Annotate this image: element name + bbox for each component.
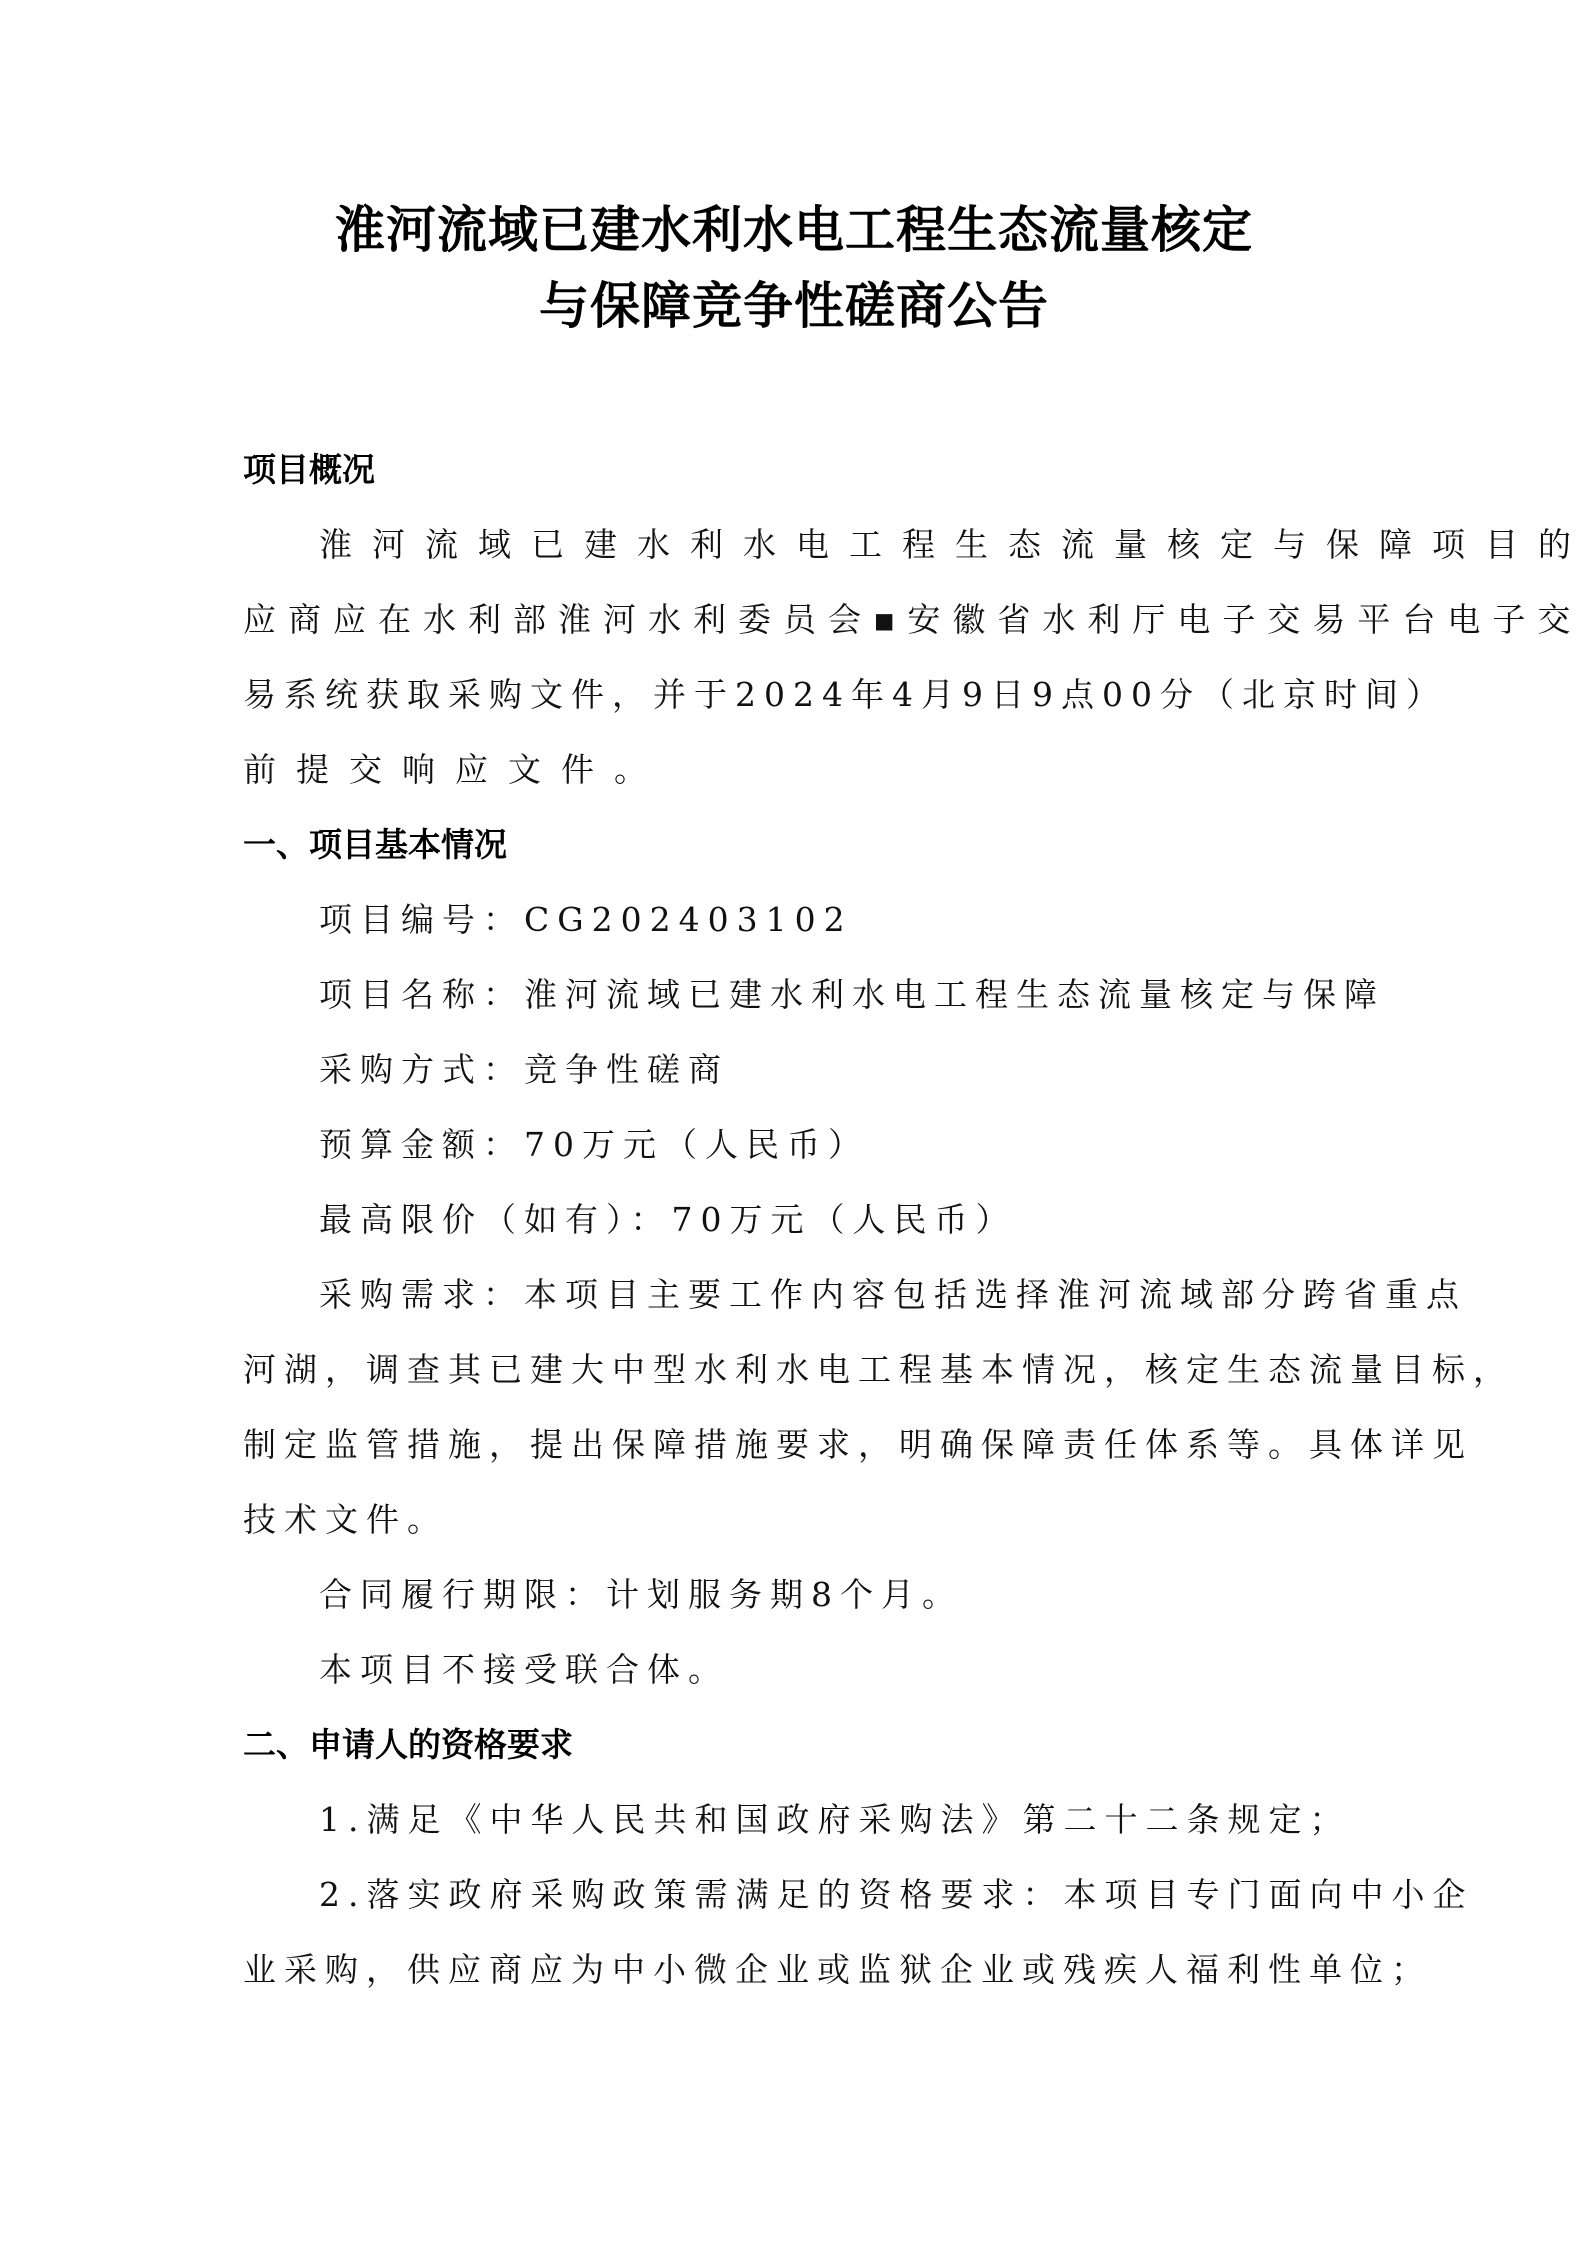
document-body: 项目概况 淮河流域已建水利水电工程生态流量核定与保障项目的潜在供 应商应在水利部… xyxy=(243,432,1345,2007)
requirements-line-2: 河湖，调查其已建大中型水利水电工程基本情况，核定生态流量目标， xyxy=(243,1332,1345,1407)
overview-line-4: 前提交响应文件。 xyxy=(243,732,1345,807)
title-line-1: 淮河流域已建水利水电工程生态流量核定 xyxy=(243,192,1345,268)
project-name: 项目名称：淮河流域已建水利水电工程生态流量核定与保障 xyxy=(243,957,1345,1032)
requirements-line-4: 技术文件。 xyxy=(243,1482,1345,1557)
project-number: 项目编号：CG202403102 xyxy=(243,882,1345,957)
overview-line-2: 应商应在水利部淮河水利委员会▪安徽省水利厅电子交易平台电子交 xyxy=(243,582,1345,657)
requirements-line-1: 采购需求：本项目主要工作内容包括选择淮河流域部分跨省重点 xyxy=(243,1257,1345,1332)
document-title: 淮河流域已建水利水电工程生态流量核定 与保障竞争性磋商公告 xyxy=(243,192,1345,344)
overview-paragraph: 淮河流域已建水利水电工程生态流量核定与保障项目的潜在供 应商应在水利部淮河水利委… xyxy=(243,507,1345,807)
requirements-line-3: 制定监管措施，提出保障措施要求，明确保障责任体系等。具体详见 xyxy=(243,1407,1345,1482)
section2-body: 1.满足《中华人民共和国政府采购法》第二十二条规定； 2.落实政府采购政策需满足… xyxy=(243,1782,1345,2007)
overview-heading: 项目概况 xyxy=(243,432,1345,507)
overview-line-1: 淮河流域已建水利水电工程生态流量核定与保障项目的潜在供 xyxy=(243,507,1345,582)
qualification-item-1: 1.满足《中华人民共和国政府采购法》第二十二条规定； xyxy=(243,1782,1345,1857)
document-page: 淮河流域已建水利水电工程生态流量核定 与保障竞争性磋商公告 项目概况 淮河流域已… xyxy=(0,0,1587,2245)
section1-body: 项目编号：CG202403102 项目名称：淮河流域已建水利水电工程生态流量核定… xyxy=(243,882,1345,1707)
contract-period: 合同履行期限：计划服务期8个月。 xyxy=(243,1557,1345,1632)
section1-heading: 一、项目基本情况 xyxy=(243,807,1345,882)
consortium-note: 本项目不接受联合体。 xyxy=(243,1632,1345,1707)
section2-heading: 二、申请人的资格要求 xyxy=(243,1707,1345,1782)
procurement-method: 采购方式：竞争性磋商 xyxy=(243,1032,1345,1107)
qualification-item-2-line-2: 业采购，供应商应为中小微企业或监狱企业或残疾人福利性单位； xyxy=(243,1932,1345,2007)
max-price: 最高限价（如有）：70万元（人民币） xyxy=(243,1182,1345,1257)
qualification-item-2-line-1: 2.落实政府采购政策需满足的资格要求：本项目专门面向中小企 xyxy=(243,1857,1345,1932)
budget-amount: 预算金额：70万元（人民币） xyxy=(243,1107,1345,1182)
overview-line-3: 易系统获取采购文件，并于2024年4月9日9点00分（北京时间） xyxy=(243,657,1345,732)
title-line-2: 与保障竞争性磋商公告 xyxy=(243,268,1345,344)
